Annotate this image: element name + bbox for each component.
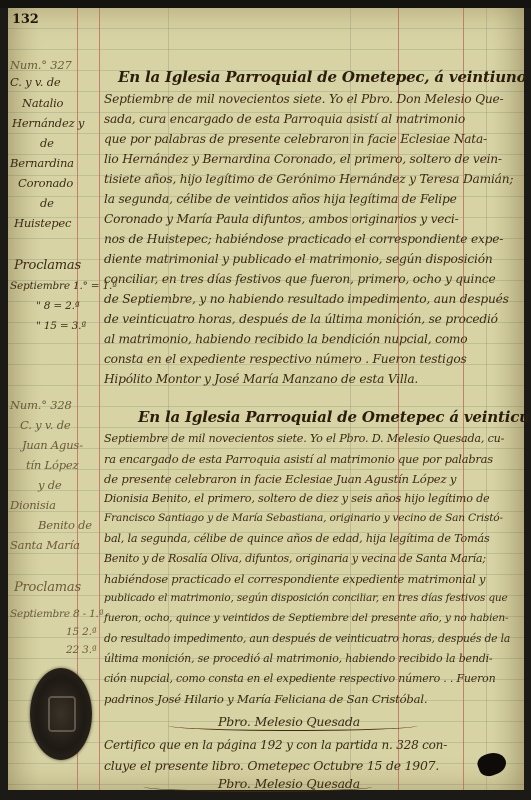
banns-line: Septiembre 8 - 1.ª xyxy=(10,608,103,620)
bride-surname: Coronado xyxy=(18,176,73,190)
certification-line: Certifico que en la página 192 y con la … xyxy=(104,738,447,752)
entry-line: sada, cura encargado de esta Parroquia a… xyxy=(104,112,465,126)
page-number: 132 xyxy=(12,12,39,27)
entry-line: Benito y de Rosalía Oliva, difuntos, ori… xyxy=(104,552,486,565)
margin-line: C. y v. de xyxy=(20,418,70,432)
entry-line: nos de Huistepec; habiéndose practicado … xyxy=(104,232,503,246)
entry-line: habiéndose practicado el correspondiente… xyxy=(104,572,485,586)
margin-line: C. y v. de xyxy=(10,75,60,89)
banns-title: Proclamas xyxy=(14,258,81,273)
banns-line: 22 3.ª xyxy=(66,644,97,656)
place-name: Huistepec xyxy=(14,216,71,230)
bride-name: Dionisia xyxy=(10,498,56,512)
entry-line: tisiete años, hijo legítimo de Gerónimo … xyxy=(104,172,513,186)
entry-line: conciliar, en tres días festivos que fue… xyxy=(104,272,496,286)
groom-surname: tín López xyxy=(26,458,78,472)
entry-line: Hipólito Montor y José María Manzano de … xyxy=(104,372,418,386)
entry-line: Septiembre de mil novecientos siete. Yo … xyxy=(104,92,503,106)
signature-flourish xyxy=(143,781,373,792)
entry-line: ra encargado de esta Parroquia asistí al… xyxy=(104,452,493,466)
entry-line: que por palabras de presente celebraron … xyxy=(104,132,487,146)
entry-line: padrinos José Hilario y María Feliciana … xyxy=(104,692,427,706)
scan-top-edge xyxy=(0,0,531,8)
margin-rule-2 xyxy=(99,8,100,790)
entry-line: publicado el matrimonio, según disposici… xyxy=(104,592,508,604)
entry-line: al matrimonio, habiendo recibido la bend… xyxy=(104,332,467,346)
banns-line: Septiembre 1.° = 1.ª xyxy=(10,280,117,292)
groom-surname: Hernández y xyxy=(12,116,84,130)
entry-line: lio Hernández y Bernardina Coronado, el … xyxy=(104,152,502,166)
entry-line: diente matrimonial y publicado el matrim… xyxy=(104,252,493,266)
entry-line: de presente celebraron in facie Eclesiae… xyxy=(104,472,456,486)
entry-opening-line: En la Iglesia Parroquial de Ometepec á v… xyxy=(138,408,531,426)
entry-number: Num.° 328 xyxy=(10,398,72,412)
groom-name: Juan Agus- xyxy=(22,438,83,452)
entry-line: la segunda, célibe de veintidos años hij… xyxy=(104,192,457,206)
ink-blot xyxy=(475,749,509,779)
groom-name: Natalio xyxy=(22,96,63,110)
entry-line: Coronado y María Paula difuntos, ambos o… xyxy=(104,212,459,226)
parish-seal-stamp xyxy=(30,668,92,760)
entry-line: de veinticuatro horas, después de la últ… xyxy=(104,312,498,326)
banns-line: 15 2.ª xyxy=(66,626,97,638)
register-page: 132 Num.° 327 C. y v. de Natalio Hernánd… xyxy=(8,8,524,790)
entry-line: bal, la segunda, célibe de quince años d… xyxy=(104,532,490,545)
entry-line: última monición, se procedió al matrimon… xyxy=(104,652,492,665)
entry-number: Num.° 327 xyxy=(10,58,72,72)
banns-line: " 8 = 2.ª xyxy=(36,300,80,312)
entry-line: Dionisia Benito, el primero, soltero de … xyxy=(104,492,489,505)
banns-title: Proclamas xyxy=(14,580,81,595)
entry-line: ción nupcial, como consta en el expedien… xyxy=(104,672,495,685)
margin-line: de xyxy=(40,136,54,150)
banns-line: " 15 = 3.ª xyxy=(36,320,86,332)
margin-line: de xyxy=(40,196,54,210)
entry-line: de Septiembre, y no habiendo resultado i… xyxy=(104,292,509,306)
margin-line: y de xyxy=(38,478,62,492)
entry-line: Francisco Santiago y de María Sebastiana… xyxy=(104,512,503,524)
signature-flourish xyxy=(168,720,418,731)
entry-line: Septiembre de mil novecientos siete. Yo … xyxy=(104,432,504,445)
bride-surname: Benito de xyxy=(38,518,92,532)
certification-line: cluye el presente libro. Ometepec Octubr… xyxy=(104,758,439,773)
entry-line: consta en el expediente respectivo númer… xyxy=(104,352,467,366)
bride-name: Bernardina xyxy=(10,156,74,170)
place-name: Santa María xyxy=(10,538,80,552)
entry-line: do resultado impedimento, aun después de… xyxy=(104,632,510,645)
entry-opening-line: En la Iglesia Parroquial de Ometepec, á … xyxy=(118,68,531,86)
entry-line: fueron, ocho, quince y veintidos de Sept… xyxy=(104,612,508,624)
seal-emblem-icon xyxy=(48,696,76,732)
